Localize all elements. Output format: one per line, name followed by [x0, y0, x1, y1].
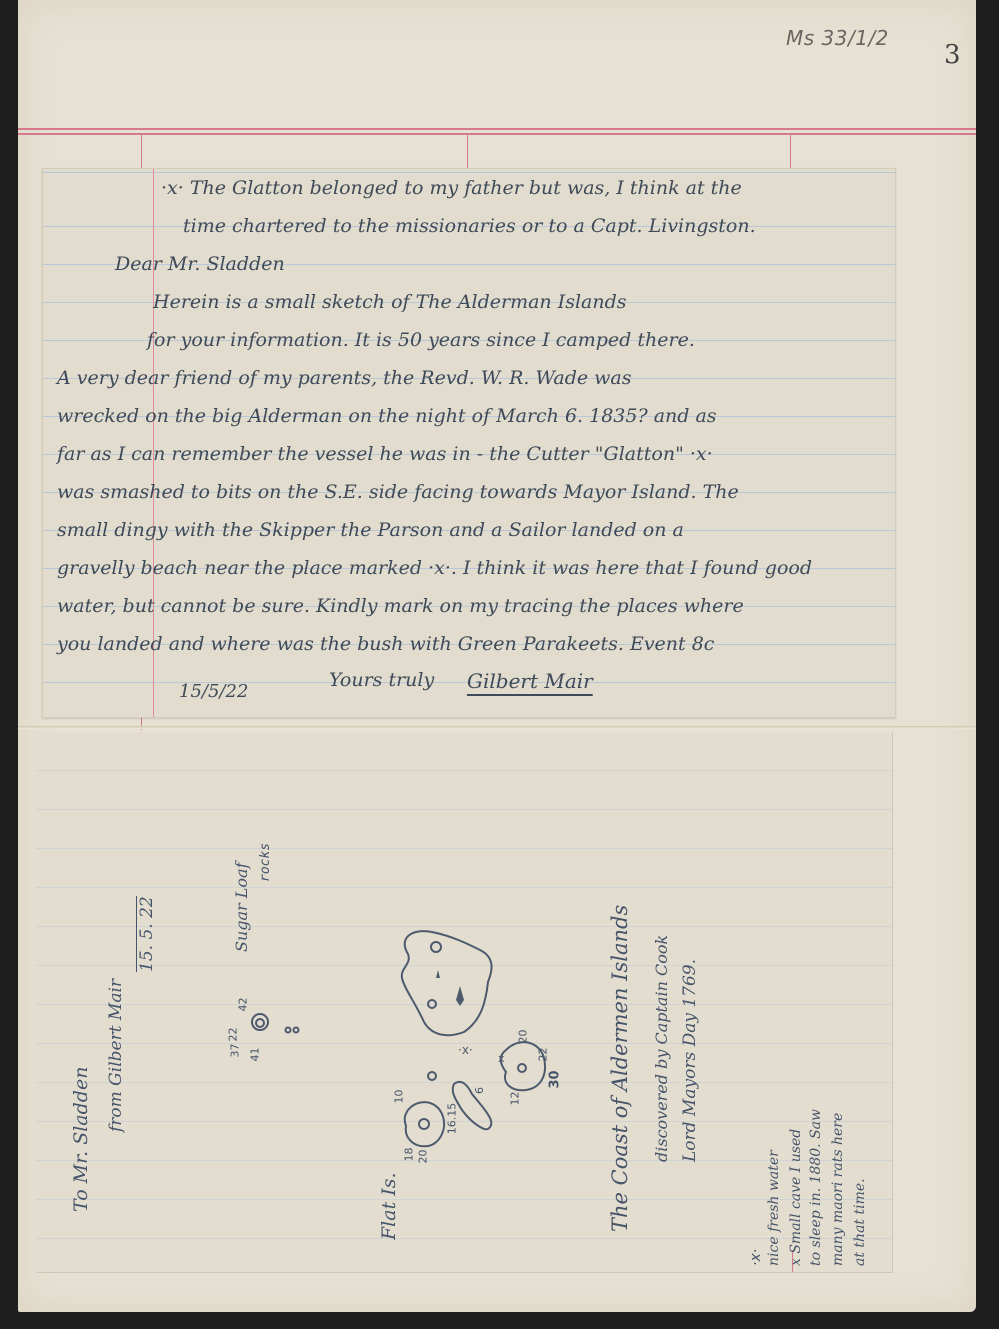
red-rule-top-double — [18, 133, 976, 135]
legend-water-mark: ·x· — [748, 1249, 764, 1266]
sounding: 16.15 — [445, 1103, 458, 1135]
sounding: 18 — [403, 1148, 416, 1162]
sketch-address: To Mr. Sladden — [70, 1067, 92, 1212]
body-line-4: wrecked on the big Alderman on the night… — [57, 405, 717, 427]
legend-water-note: nice fresh water — [766, 1150, 782, 1266]
sketch-title: The Coast of Aldermen Islands — [608, 905, 632, 1232]
sketch-subtitle-1: discovered by Captain Cook — [652, 935, 671, 1162]
flat-island-label: Flat Is. — [378, 1172, 400, 1240]
postscript-line-2: time chartered to the missionaries or to… — [183, 215, 756, 237]
postscript-line-1: ·x· The Glatton belonged to my father bu… — [161, 177, 742, 199]
red-margin-2 — [467, 134, 468, 168]
sketch-date: 15. 5. 22 — [136, 896, 157, 972]
rocks-label: rocks — [258, 843, 273, 882]
sounding: 20 — [417, 1150, 430, 1164]
svg-text:x: x — [498, 1052, 505, 1065]
island-sketch-drawing: ·x· x — [36, 732, 892, 1272]
sounding: 42 — [237, 998, 250, 1012]
sounding: 41 — [249, 1048, 262, 1062]
red-rule-top — [18, 128, 976, 130]
letter-sheet: ·x· The Glatton belonged to my father bu… — [42, 168, 896, 718]
sounding: 20 — [517, 1030, 530, 1044]
svg-text:·x·: ·x· — [458, 1043, 473, 1057]
closing: Yours truly — [329, 669, 434, 691]
body-line-10: you landed and where was the bush with G… — [57, 633, 714, 655]
page-fold — [18, 726, 976, 729]
legend-cave-note-1: x Small cave I used — [788, 1129, 804, 1266]
sketch-map-sheet: ·x· x To Mr. Sladden from Gilbert Mair 1… — [36, 732, 893, 1273]
page-number: 3 — [944, 40, 961, 70]
signature: Gilbert Mair — [467, 669, 593, 693]
body-line-1: Herein is a small sketch of The Alderman… — [153, 291, 627, 313]
body-line-2: for your information. It is 50 years sin… — [147, 329, 695, 351]
red-margin-3 — [790, 134, 791, 168]
body-line-7: small dingy with the Skipper the Parson … — [57, 519, 684, 541]
legend-cave-note-2: to sleep in. 1880. Saw — [808, 1109, 824, 1266]
body-line-9: water, but cannot be sure. Kindly mark o… — [57, 595, 744, 617]
sounding: 12 — [509, 1092, 522, 1106]
body-line-8: gravelly beach near the place marked ·x·… — [57, 557, 812, 579]
archive-reference: Ms 33/1/2 — [786, 26, 889, 50]
body-line-5: far as I can remember the vessel he was … — [57, 443, 713, 465]
sketch-subtitle-2: Lord Mayors Day 1769. — [680, 959, 700, 1162]
legend-cave-note-4: at that time. — [852, 1178, 868, 1266]
sounding: 30 — [548, 1070, 563, 1088]
sounding: 6 — [473, 1087, 486, 1094]
sounding: 22 — [537, 1048, 550, 1062]
red-margin-bottom — [792, 1252, 793, 1272]
body-line-3: A very dear friend of my parents, the Re… — [57, 367, 632, 389]
sugar-loaf-label: Sugar Loaf — [232, 863, 251, 953]
legend-cave-note-3: many maori rats here — [830, 1113, 846, 1266]
salutation: Dear Mr. Sladden — [115, 253, 285, 275]
letter-date: 15/5/22 — [179, 681, 248, 702]
sketch-from: from Gilbert Mair — [106, 979, 126, 1132]
red-margin-1 — [141, 134, 142, 168]
sounding: 10 — [393, 1090, 406, 1104]
sounding: 22 — [227, 1028, 240, 1042]
sounding: 37 — [229, 1044, 242, 1058]
body-line-6: was smashed to bits on the S.E. side fac… — [57, 481, 739, 503]
